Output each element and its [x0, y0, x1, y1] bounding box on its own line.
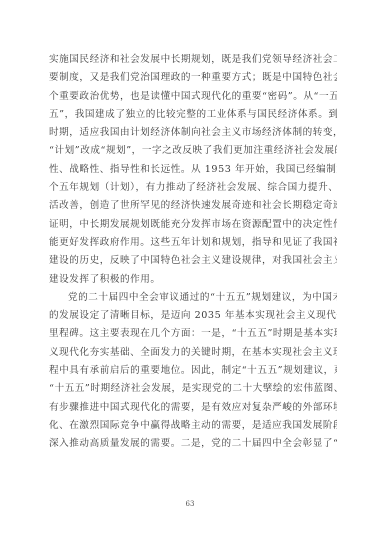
text-line: 时期，适应我国由计划经济体制向社会主义市场经济体制的转变，我们把 [49, 124, 337, 142]
text-line: 党的二十届四中全会审议通过的“十五五”规划建议，为中国未来五年 [49, 289, 337, 307]
text-line: 深入推动高质量发展的需要。二是，党的二十届四中全会彰显了“十五五” [49, 435, 337, 453]
text-line: 的发展设定了清晰目标，是迈向 2035 年基本实现社会主义现代化的重要 [49, 307, 337, 325]
paragraph-2: 党的二十届四中全会审议通过的“十五五”规划建议，为中国未来五年 的发展设定了清晰… [49, 289, 337, 454]
paragraph-1: 实施国民经济和社会发展中长期规划，既是我们党领导经济社会工作的重 要制度，又是我… [49, 51, 337, 289]
text-line: 实施国民经济和社会发展中长期规划，既是我们党领导经济社会工作的重 [49, 51, 337, 69]
text-line: 性、战略性、指导性和长远性。从 1953 年开始，我国已经编制实施了 14 [49, 161, 337, 179]
text-line: 五”，我国建成了独立的比较完整的工业体系与国民经济体系。到“十一五” [49, 106, 337, 124]
document-page: 实施国民经济和社会发展中长期规划，既是我们党领导经济社会工作的重 要制度，又是我… [0, 0, 380, 537]
text-line: 个重要政治优势，也是读懂中国式现代化的重要“密码”。从“一五”到“五 [49, 88, 337, 106]
text-line: 活改善，创造了世所罕见的经济快速发展奇迹和社会长期稳定奇迹。实践 [49, 197, 337, 215]
text-line: 建设的历史，反映了中国特色社会主义建设规律，对我国社会主义现代化 [49, 252, 337, 270]
text-line: 义现代化夯实基础、全面发力的关键时期，在基本实现社会主义现代化进 [49, 344, 337, 362]
body-text: 实施国民经济和社会发展中长期规划，既是我们党领导经济社会工作的重 要制度，又是我… [49, 51, 337, 454]
text-line: 有步骤推进中国式现代化的需要，是有效应对复杂严峻的外部环境新变 [49, 399, 337, 417]
text-line: “十五五”时期经济社会发展，是实现党的二十大擘绘的宏伟蓝图、分阶段 [49, 380, 337, 398]
text-line: 里程碑。这主要表现在几个方面：一是，“十五五”时期是基本实现社会主 [49, 325, 337, 343]
text-line: 建设发挥了积极的作用。 [49, 271, 337, 289]
text-line: 程中具有承前启后的重要地位。因此，制定“十五五”规划建议，系统谋划 [49, 362, 337, 380]
text-line: 要制度，又是我们党治国理政的一种重要方式；既是中国特色社会主义一 [49, 69, 337, 87]
page-number: 63 [0, 500, 380, 508]
text-line: 证明，中长期发展规划既能充分发挥市场在资源配置中的决定性作用，又 [49, 216, 337, 234]
text-line: 个五年规划（计划），有力推动了经济社会发展、综合国力提升、人民生 [49, 179, 337, 197]
text-line: “计划”改成“规划”，一字之改反映了我们更加注重经济社会发展的宏观 [49, 142, 337, 160]
text-line: 能更好发挥政府作用。这些五年计划和规划，指导和见证了我国社会主义 [49, 234, 337, 252]
text-line: 化、在激烈国际竞争中赢得战略主动的需要，是适应我国发展阶段性要求、 [49, 417, 337, 435]
